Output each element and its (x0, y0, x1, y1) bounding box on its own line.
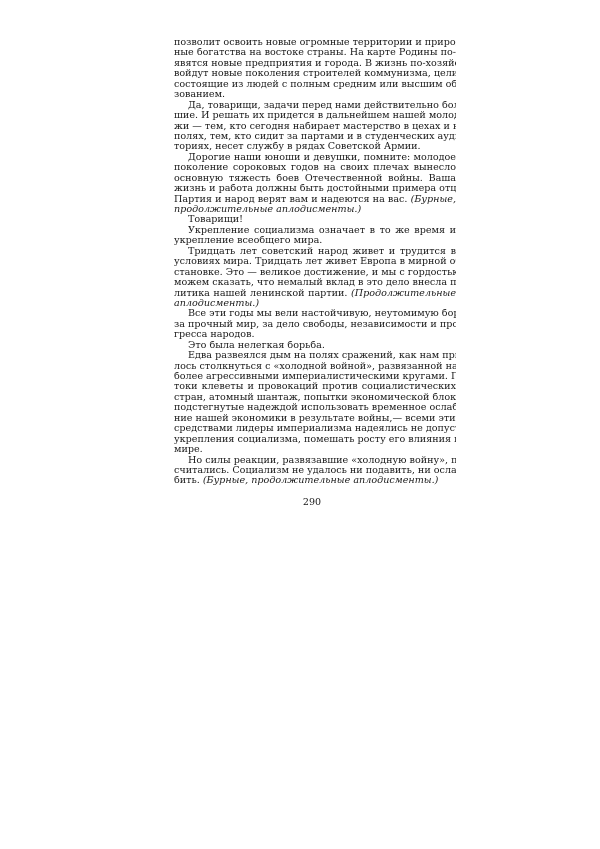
text-line: подстегнутые надеждой использовать време… (174, 403, 456, 413)
line-text: более агрессивными империалистическими к… (174, 372, 456, 382)
line-text: литика нашей ленинской партии. (174, 289, 347, 299)
line-text: мире. (174, 445, 203, 455)
text-line: за прочный мир, за дело свободы, независ… (174, 320, 456, 330)
text-line: явятся новые предприятия и города. В жиз… (174, 59, 456, 69)
line-text: токи клеветы и провокаций против социали… (174, 382, 456, 392)
text-line: жи — тем, кто сегодня набирает мастерств… (174, 122, 456, 132)
line-text: явятся новые предприятия и города. В жиз… (174, 59, 456, 69)
applause-remark: (Бурные, (407, 195, 456, 205)
text-line: становке. Это — великое достижение, и мы… (174, 268, 456, 278)
line-text: зованием. (174, 90, 225, 100)
line-text: бить. (174, 476, 200, 486)
applause-remark: (Продолжительные (347, 289, 456, 299)
text-line: мире. (174, 445, 456, 455)
text-line: гресса народов. (174, 330, 456, 340)
line-text: гресса народов. (174, 330, 255, 340)
applause-remark: продолжительные аплодисменты.) (174, 205, 361, 215)
applause-remark: аплодисменты.) (174, 299, 259, 309)
page-number: 290 (296, 497, 328, 508)
text-line: ные богатства на востоке страны. На карт… (174, 48, 456, 58)
book-page: позволит освоить новые огромные территор… (0, 0, 600, 849)
text-line: токи клеветы и провокаций против социали… (174, 382, 456, 392)
text-line: Тридцать лет советский народ живет и тру… (174, 247, 456, 257)
text-line: продолжительные аплодисменты.) (174, 205, 456, 215)
line-text: Дорогие наши юноши и девушки, помните: м… (188, 153, 456, 163)
line-text: жизнь и работа должны быть достойными пр… (174, 184, 456, 194)
text-line: ториях, несет службу в рядах Советской А… (174, 142, 456, 152)
text-line: Дорогие наши юноши и девушки, помните: м… (174, 153, 456, 163)
line-text: Это была нелегкая борьба. (188, 341, 325, 351)
line-text: Товарищи! (188, 215, 243, 225)
line-text: можем сказать, что немалый вклад в это д… (174, 278, 456, 288)
line-text: становке. Это — великое достижение, и мы… (174, 268, 456, 278)
line-text: основную тяжесть боев Отечественной войн… (174, 174, 456, 184)
text-line: Но силы реакции, развязавшие «холодную в… (174, 456, 456, 466)
text-line: можем сказать, что немалый вклад в это д… (174, 278, 456, 288)
line-text: ные богатства на востоке страны. На карт… (174, 48, 456, 58)
applause-remark: (Бурные, продолжительные аплодисменты.) (200, 476, 439, 486)
line-text: шие. И решать их придется в дальнейшем н… (174, 111, 456, 121)
text-line: средствами лидеры империализма надеялись… (174, 424, 456, 434)
line-text: стран, атомный шантаж, попытки экономиче… (174, 393, 456, 403)
text-line: более агрессивными империалистическими к… (174, 372, 456, 382)
line-text: за прочный мир, за дело свободы, независ… (174, 320, 456, 330)
line-text: Тридцать лет советский народ живет и тру… (188, 247, 456, 257)
text-line: лось столкнуться с «холодной войной», ра… (174, 362, 456, 372)
line-text: Да, товарищи, задачи перед нами действит… (188, 101, 456, 111)
text-column: позволит освоить новые огромные территор… (174, 38, 456, 487)
text-line: полях, тем, кто сидит за партами и в сту… (174, 132, 456, 142)
line-text: укрепления социализма, помешать росту ег… (174, 435, 456, 445)
text-line: литика нашей ленинской партии. (Продолжи… (174, 289, 456, 299)
text-line: зованием. (174, 90, 456, 100)
line-text: Партия и народ верят вам и надеются на в… (174, 195, 407, 205)
text-line: основную тяжесть боев Отечественной войн… (174, 174, 456, 184)
line-text: условиях мира. Тридцать лет живет Европа… (174, 257, 456, 267)
text-line: Это была нелегкая борьба. (174, 341, 456, 351)
text-line: Укрепление социализма означает в то же в… (174, 226, 456, 236)
text-line: позволит освоить новые огромные территор… (174, 38, 456, 48)
text-line: условиях мира. Тридцать лет живет Европа… (174, 257, 456, 267)
text-line: войдут новые поколения строителей коммун… (174, 69, 456, 79)
text-line: считались. Социализм не удалось ни подав… (174, 466, 456, 476)
line-text: поколение сороковых годов на своих плеча… (174, 163, 456, 173)
line-text: жи — тем, кто сегодня набирает мастерств… (174, 122, 456, 132)
text-line: аплодисменты.) (174, 299, 456, 309)
line-text: считались. Социализм не удалось ни подав… (174, 466, 456, 476)
text-line: состоящие из людей с полным средним или … (174, 80, 456, 90)
text-line: укрепления социализма, помешать росту ег… (174, 435, 456, 445)
line-text: лось столкнуться с «холодной войной», ра… (174, 362, 456, 372)
line-text: подстегнутые надеждой использовать време… (174, 403, 456, 413)
line-text: укрепление всеобщего мира. (174, 236, 322, 246)
text-line: Партия и народ верят вам и надеются на в… (174, 195, 456, 205)
text-line: шие. И решать их придется в дальнейшем н… (174, 111, 456, 121)
text-line: поколение сороковых годов на своих плеча… (174, 163, 456, 173)
line-text: Но силы реакции, развязавшие «холодную в… (188, 456, 456, 466)
line-text: Все эти годы мы вели настойчивую, неутом… (188, 309, 456, 319)
line-text: полях, тем, кто сидит за партами и в сту… (174, 132, 456, 142)
line-text: средствами лидеры империализма надеялись… (174, 424, 456, 434)
line-text: ние нашей экономики в результате войны,—… (174, 414, 456, 424)
line-text: войдут новые поколения строителей коммун… (174, 69, 456, 79)
text-line: бить. (Бурные, продолжительные аплодисме… (174, 476, 456, 486)
text-line: Все эти годы мы вели настойчивую, неутом… (174, 309, 456, 319)
text-line: Да, товарищи, задачи перед нами действит… (174, 101, 456, 111)
text-line: стран, атомный шантаж, попытки экономиче… (174, 393, 456, 403)
line-text: ториях, несет службу в рядах Советской А… (174, 142, 421, 152)
text-line: укрепление всеобщего мира. (174, 236, 456, 246)
line-text: Едва развеялся дым на полях сражений, ка… (188, 351, 456, 361)
text-line: Едва развеялся дым на полях сражений, ка… (174, 351, 456, 361)
line-text: Укрепление социализма означает в то же в… (188, 226, 456, 236)
text-line: ние нашей экономики в результате войны,—… (174, 414, 456, 424)
text-line: Товарищи! (174, 215, 456, 225)
line-text: состоящие из людей с полным средним или … (174, 80, 456, 90)
text-line: жизнь и работа должны быть достойными пр… (174, 184, 456, 194)
line-text: позволит освоить новые огромные территор… (174, 38, 456, 48)
